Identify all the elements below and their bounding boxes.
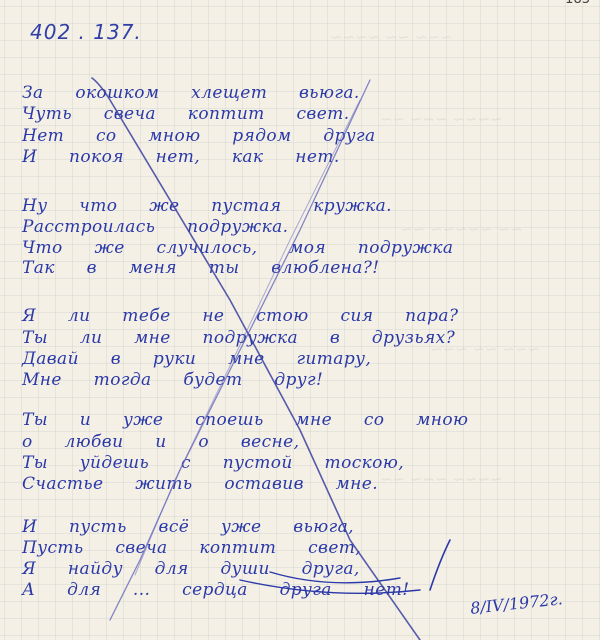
- strike-through-cross: [0, 0, 600, 640]
- graph-paper-page: ~~~ ~~ ~~~~ ~~~~ ~~~ ~~ ~~ ~~~~~ ~~ ~~~ …: [0, 0, 600, 640]
